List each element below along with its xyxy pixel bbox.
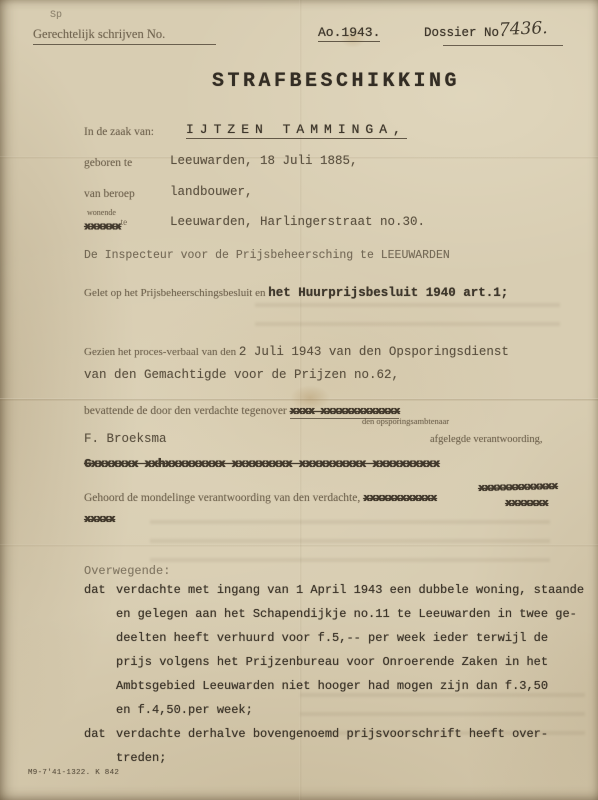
consideration-line: verdachte met ingang van 1 April 1943 ee… bbox=[116, 583, 584, 597]
dossier-label: Dossier No. bbox=[424, 26, 507, 40]
struck-text: xxxxxxxxxxxxx bbox=[478, 481, 558, 495]
blank-line-rule bbox=[33, 44, 216, 45]
gelet-line: Gelet op het Prijsbeheerschingsbesluit e… bbox=[84, 286, 508, 300]
officer-name: F. Broeksma bbox=[84, 432, 167, 446]
consideration-line: deelten heeft verhuurd voor f.5,-- per w… bbox=[116, 631, 548, 645]
te-suffix: te bbox=[121, 217, 128, 227]
document-title: STRAFBESCHIKKING bbox=[212, 70, 460, 93]
gezien-line2: van den Gemachtigde voor de Prijzen no.6… bbox=[84, 368, 399, 382]
defendant-name-text: IJTZEN TAMMINGA, bbox=[186, 122, 407, 139]
struck-text: xxxxx bbox=[84, 514, 115, 526]
corner-mark: Sp bbox=[50, 10, 62, 21]
consideration-line: verdachte derhalve bovengenoemd prijsvoo… bbox=[116, 727, 548, 741]
gezien-line: Gezien het proces-verbaal van den 2 Juli… bbox=[84, 345, 509, 359]
overwegende-label: Overwegende: bbox=[84, 564, 170, 578]
ink-ghosting bbox=[150, 515, 550, 567]
struck-text: Gxxxxxxx xxhxxxxxxxxx xxxxxxxxx xxxxxxxx… bbox=[84, 457, 439, 471]
wonende-struck-row: xxxxxxte bbox=[84, 217, 127, 234]
opsporingsambtenaar-note: den opsporingsambtenaar bbox=[362, 416, 449, 426]
scanned-document: Sp Gerechtelijk schrijven No. Ao.1943. D… bbox=[0, 0, 598, 800]
defendant-name: IJTZEN TAMMINGA, bbox=[186, 122, 407, 137]
case-label-beroep: van beroep bbox=[84, 188, 135, 200]
address-value: Leeuwarden, Harlingerstraat no.30. bbox=[170, 215, 425, 229]
birth-value: Leeuwarden, 18 Juli 1885, bbox=[170, 154, 358, 168]
gehoord-line: Gehoord de mondelinge verantwoording van… bbox=[84, 488, 436, 506]
case-label-geboren: geboren te bbox=[84, 157, 132, 169]
struck-text: xxxxxxx bbox=[505, 498, 548, 510]
year-stamp: Ao.1943. bbox=[318, 25, 380, 40]
bevattende-printed: bevattende de door den verdachte tegenov… bbox=[84, 405, 290, 417]
gezien-typed: 2 Juli 1943 van den Opsporingsdienst bbox=[239, 345, 509, 359]
afgelegde-note: afgelegde verantwoording, bbox=[430, 434, 543, 445]
year-text: Ao.1943. bbox=[318, 25, 380, 42]
gehoord-printed: Gehoord de mondelinge verantwoording van… bbox=[84, 492, 363, 504]
profession-value: landbouwer, bbox=[170, 185, 253, 199]
gezien-printed: Gezien het proces-verbaal van den bbox=[84, 346, 239, 358]
ink-ghosting bbox=[255, 298, 560, 330]
consideration-line: treden; bbox=[116, 751, 166, 765]
judicial-no-label: Gerechtelijk schrijven No. bbox=[33, 27, 165, 42]
bevattende-line: bevattende de door den verdachte tegenov… bbox=[84, 401, 399, 419]
consideration-prefix: dat bbox=[84, 727, 106, 741]
consideration-prefix: dat bbox=[84, 583, 106, 597]
consideration-line: Ambtsgebied Leeuwarden niet hooger had m… bbox=[116, 679, 548, 693]
dossier-number-handwritten: 7436. bbox=[499, 18, 548, 40]
print-code: M9-7'41-1322. K 842 bbox=[28, 769, 119, 777]
struck-text: xxxxxx bbox=[84, 222, 121, 234]
dossier-underline bbox=[443, 45, 563, 46]
inspecteur-line: De Inspecteur voor de Prijsbeheersching … bbox=[84, 249, 450, 262]
consideration-line: prijs volgens het Prijzenbureau voor Onr… bbox=[116, 655, 548, 669]
case-label-zaak: In de zaak van: bbox=[84, 126, 154, 138]
gelet-typed: het Huurprijsbesluit 1940 art.1; bbox=[268, 286, 508, 300]
struck-text: xxxxxxxxxxxx bbox=[363, 493, 436, 505]
consideration-line: en f.4,50.per week; bbox=[116, 703, 253, 717]
consideration-line: en gelegen aan het Schapendijkje no.11 t… bbox=[116, 607, 577, 621]
gelet-printed: Gelet op het Prijsbeheerschingsbesluit e… bbox=[84, 287, 268, 299]
case-label-wonende: wonende bbox=[87, 208, 116, 217]
